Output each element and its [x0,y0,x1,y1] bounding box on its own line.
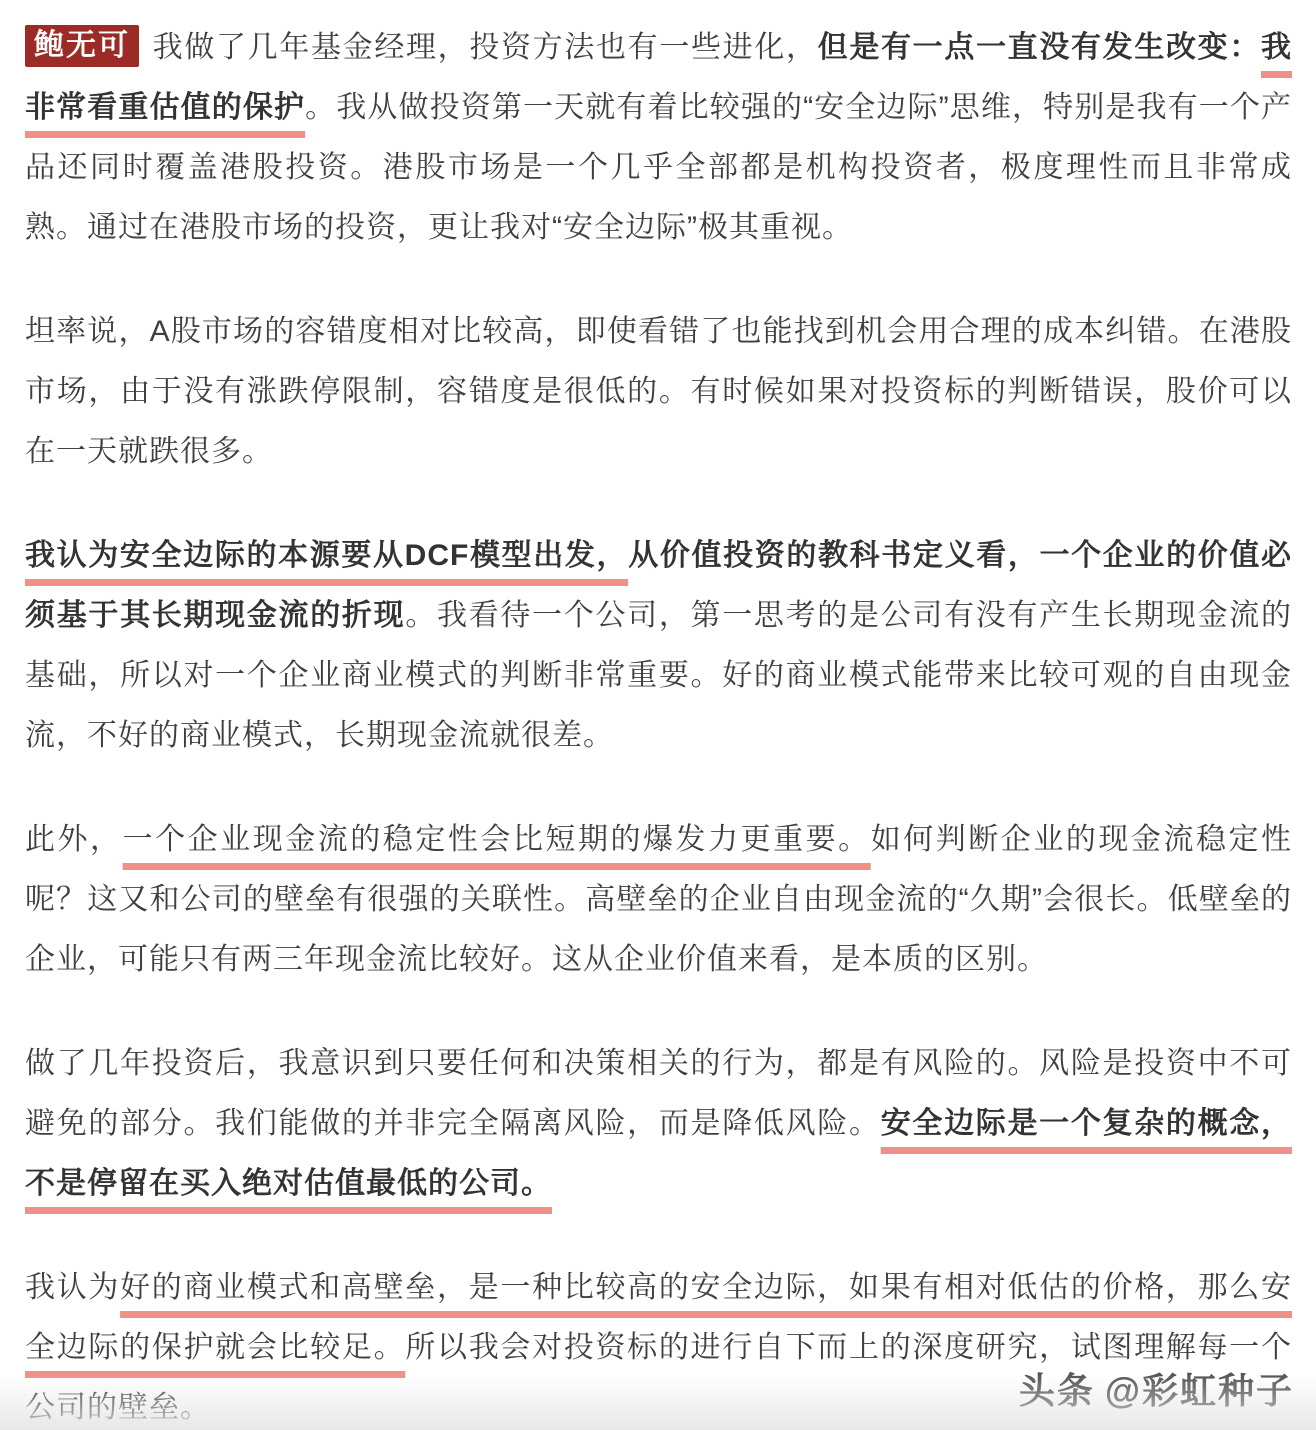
underlined-text-run: 一个企业现金流的稳定性会比短期的爆发力更重要。 [123,823,871,856]
paragraph-3: 我认为安全边际的本源要从DCF模型出发，从价值投资的教科书定义看，一个企业的价值… [25,526,1292,766]
watermark: 头条@彩虹种子 [1019,1363,1294,1414]
paragraph-5: 做了几年投资后，我意识到只要任何和决策相关的行为，都是有风险的。风险是投资中不可… [25,1034,1292,1214]
text-run: 此外， [25,823,123,856]
text-run: 坦率说，A股市场的容错度相对比较高，即使看错了也能找到机会用合理的成本纠错。在港… [25,315,1292,468]
paragraph-4: 此外，一个企业现金流的稳定性会比短期的爆发力更重要。如何判断企业的现金流稳定性呢… [25,810,1292,990]
underlined-text-run: 我认为安全边际的本源要从DCF模型出发， [25,539,628,572]
paragraph-2: 坦率说，A股市场的容错度相对比较高，即使看错了也能找到机会用合理的成本纠错。在港… [25,302,1292,482]
text-run: 我认为 [25,1271,120,1304]
paragraph-1: 鲍无可我做了几年基金经理，投资方法也有一些进化，但是有一点一直没有发生改变：我非… [25,18,1292,258]
text-run: 我做了几年基金经理，投资方法也有一些进化， [152,31,818,64]
text-run: 但是有一点一直没有发生改变： [818,31,1261,64]
watermark-brand: 头条 [1019,1370,1095,1411]
speaker-badge: 鲍无可 [25,25,139,67]
article-body: 鲍无可我做了几年基金经理，投资方法也有一些进化，但是有一点一直没有发生改变：我非… [25,18,1292,1430]
watermark-handle: @彩虹种子 [1105,1370,1294,1411]
